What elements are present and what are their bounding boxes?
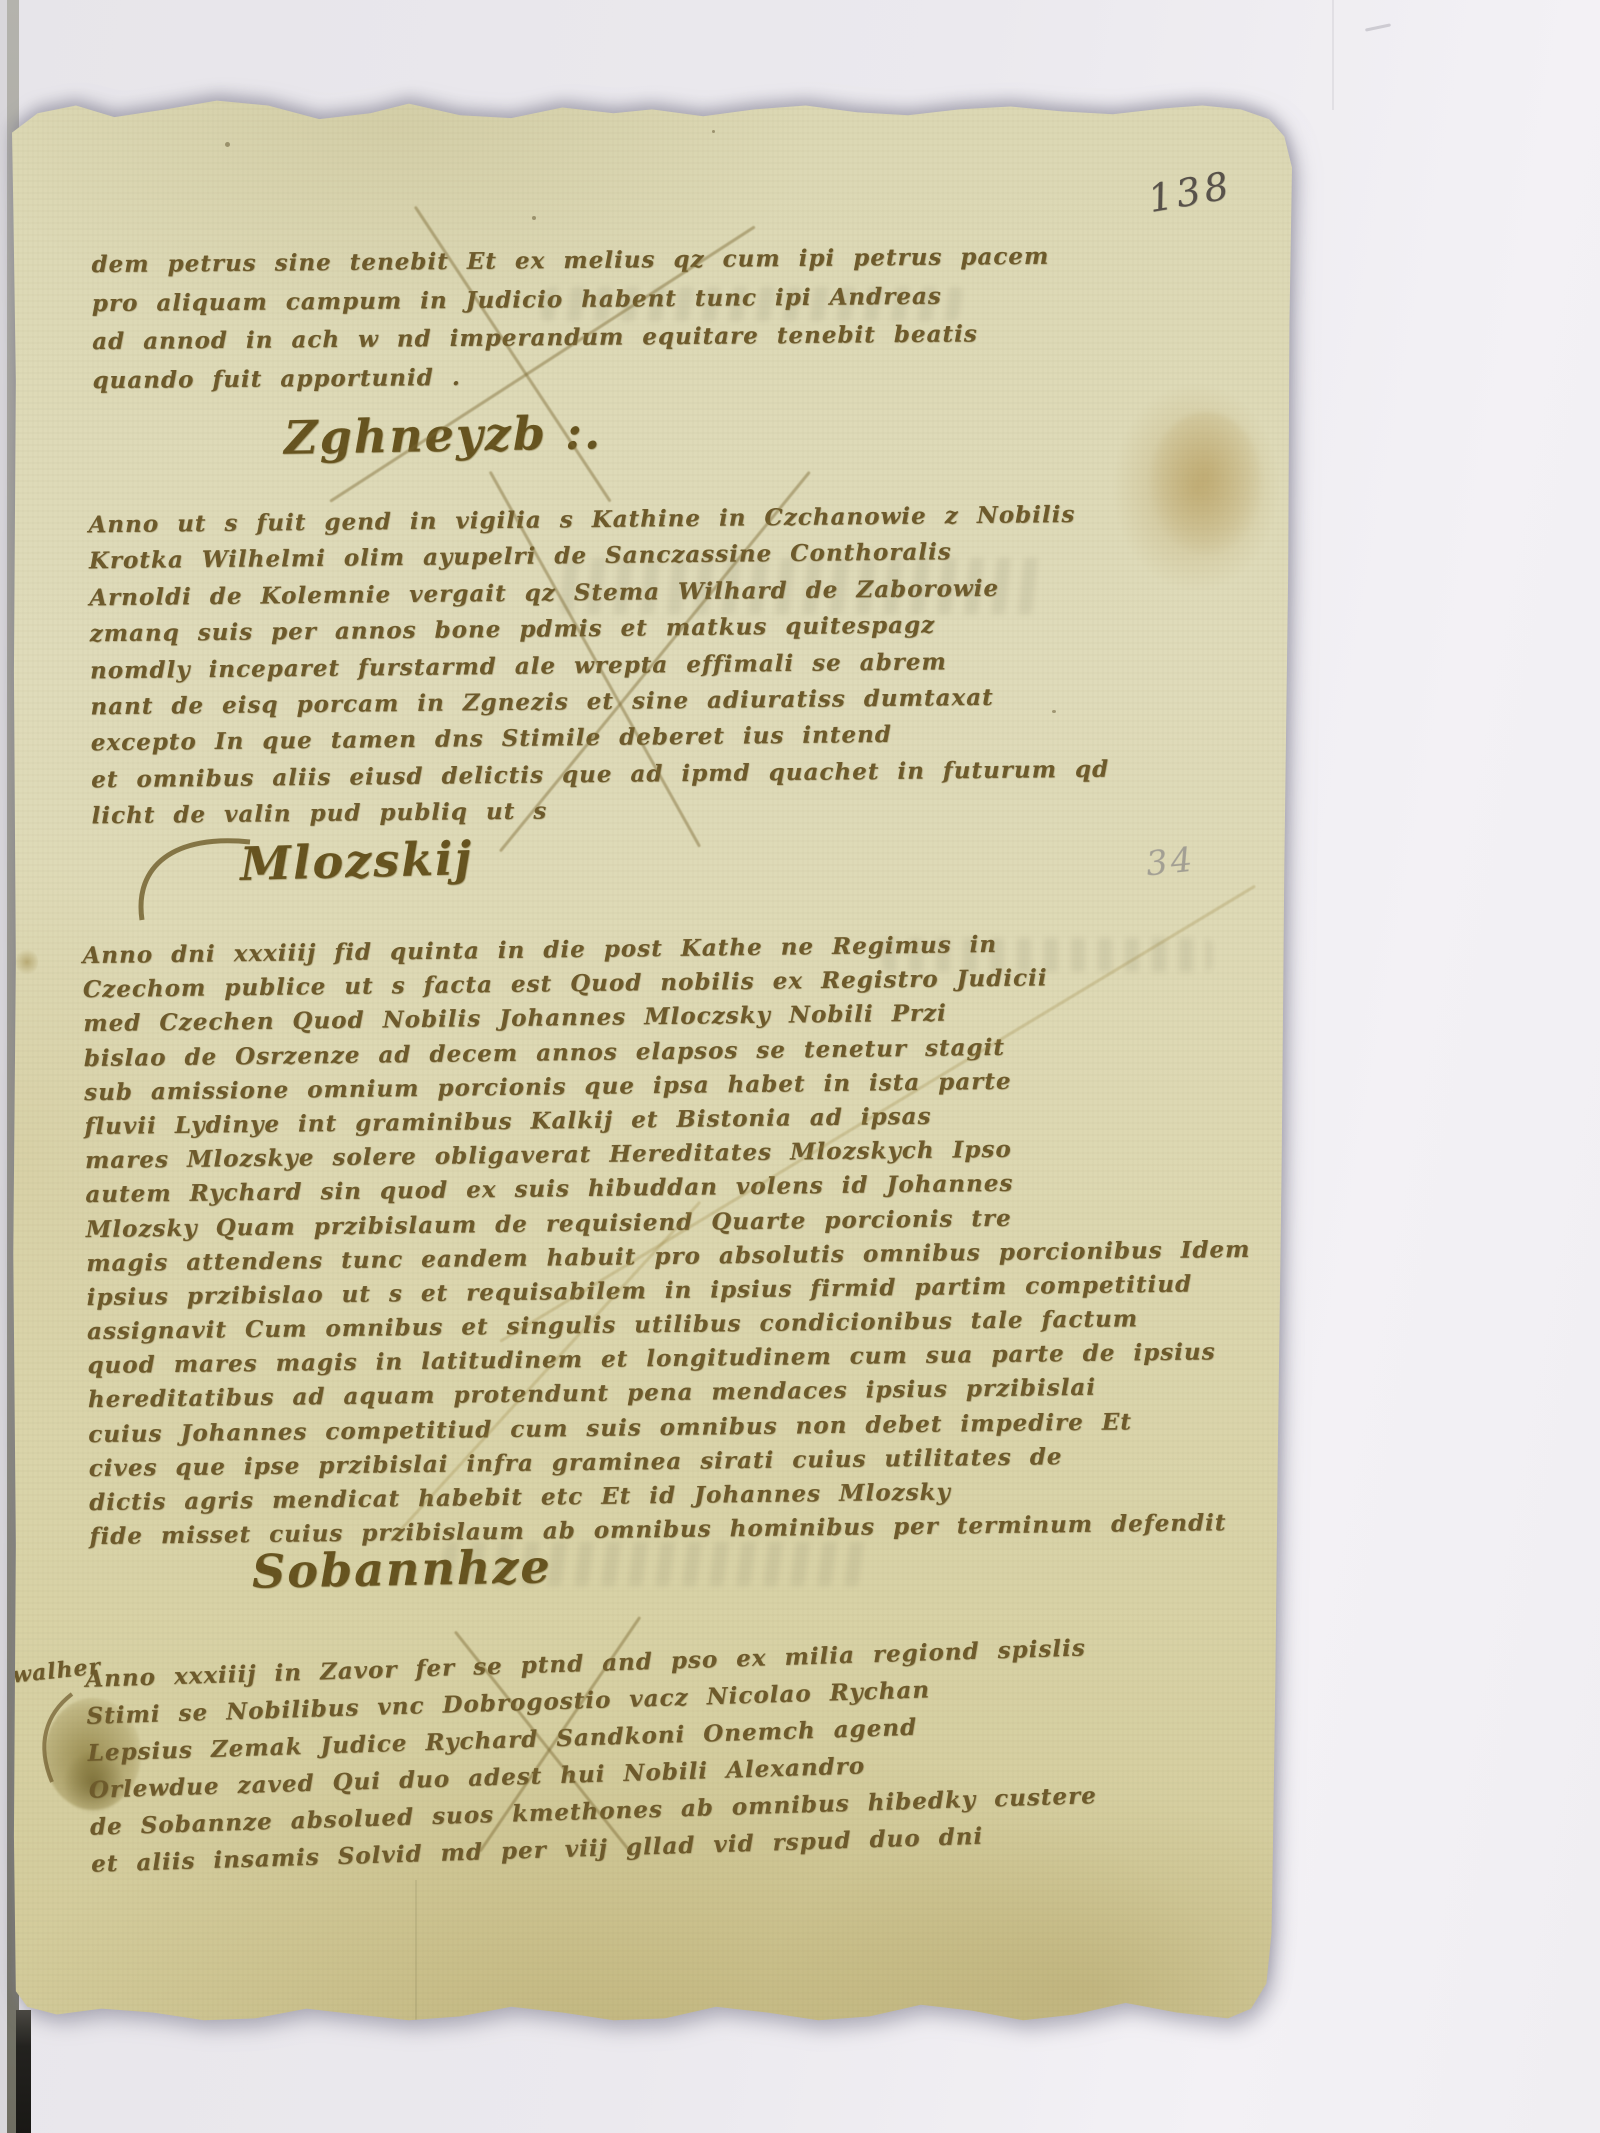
ink-speck [532,216,536,220]
manuscript-photo: 138 34 walher dem petrus sine tenebit Et… [0,0,1600,2133]
scan-edge [0,0,7,2133]
parchment-fold [415,1880,417,2030]
parchment-stain [1150,412,1262,554]
section-heading-sobannhze: Sobannhze [252,1539,552,1598]
ink-speck [225,142,230,147]
section-heading-mlozskij: Mlozskij [239,831,473,891]
manuscript-page: 138 34 walher dem petrus sine tenebit Et… [12,90,1292,2030]
heading-flourish [124,832,254,924]
folio-number-pencil: 34 [1144,840,1197,885]
backdrop-crease [1332,0,1334,110]
page-shadow-wrap: 138 34 walher dem petrus sine tenebit Et… [12,90,1292,2030]
entry-block-1: dem petrus sine tenebit Et ex melius qz … [91,238,1050,400]
binding-edge-dark [16,2010,31,2133]
parchment-stain [16,948,38,976]
ink-speck [712,130,715,133]
text-line: quando fuit apportunid . [92,353,1050,400]
backdrop-scratch [1365,23,1391,31]
entry-block-4: Anno xxxiiij in Zavor fer se ptnd and ps… [85,1629,1099,1883]
folio-number-ink: 138 [1145,163,1236,221]
